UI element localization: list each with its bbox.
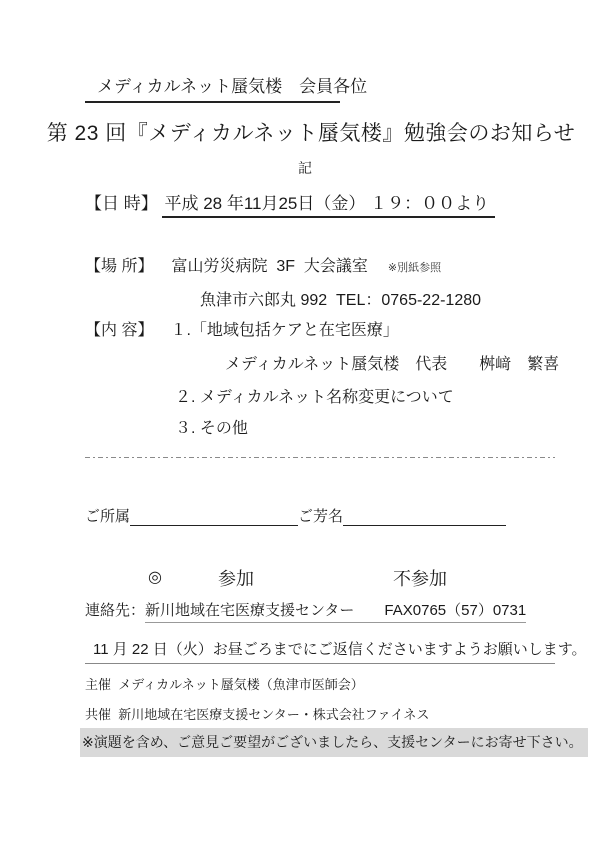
organizer-line: 主催 メディカルネット蜃気楼（魚津市医師会） [85,674,364,693]
attend-option: 参加 [218,565,254,591]
affiliation-blank [130,508,298,526]
contents-item-3: ３. その他 [175,415,248,438]
contents-item-2: ２. メディカルネット名称変更について [175,384,454,407]
datetime-value: 平成 28 年11月25日（金） １９：００より [162,194,495,218]
cosponsor-line: 共催 新川地域在宅医療支援センター・株式会社ファイネス [85,704,429,723]
deadline-line: 11 月 22 日（火）お昼ごろまでにご返信くださいますようお願いします。 [85,638,555,664]
affiliation-label: ご所属 [85,508,130,525]
datetime-label: 【日 時】 [85,194,158,213]
contents-label: 【内 容】 [85,322,153,339]
attendance-marker: ◎ [148,567,162,587]
absent-option: 不参加 [393,565,447,591]
contact-label: 連絡先： [85,602,145,619]
contact-value: 新川地域在宅医療支援センター [145,602,354,619]
venue-line: 【場 所】富山労災病院 3F 大会議室※別紙参照 [85,253,441,276]
name-label: ご芳名 [298,508,343,525]
ki-heading: 記 [0,158,600,178]
datetime-line: 【日 時】 平成 28 年11月25日（金） １９：００より [85,189,495,214]
venue-note: ※別紙参照 [388,262,441,274]
recipient-line: メディカルネット蜃気楼 会員各位 [85,72,340,103]
venue-value: 富山労災病院 3F 大会議室 [171,258,367,275]
contact-line: 連絡先：新川地域在宅医療支援センターFAX0765（57）0731 [85,599,526,620]
contents-line: 【内 容】１.「地域包括ケアと在宅医療」 [85,317,399,340]
notice-title: 第 23 回『メディカルネット蜃気楼』勉強会のお知らせ [0,117,600,147]
cut-separator [85,457,555,458]
attendance-row: ◎参加不参加 [0,565,600,591]
speaker-line: メディカルネット蜃気楼 代表 桝﨑 繁喜 [225,351,559,374]
name-blank [343,508,506,526]
contents-item-1: １.「地域包括ケアと在宅医療」 [170,322,398,339]
address-line: 魚津市六郎丸 992 TEL：0765-22-1280 [200,287,481,310]
contact-fax: FAX0765（57）0731 [354,602,526,619]
reply-form-row: ご所属ご芳名 [85,505,506,526]
note-highlight: ※演題を含め、ご意見ご要望がございましたら、支援センターにお寄せ下さい。 [80,728,588,757]
venue-label: 【場 所】 [85,258,153,275]
document-page: メディカルネット蜃気楼 会員各位 第 23 回『メディカルネット蜃気楼』勉強会の… [0,0,600,848]
